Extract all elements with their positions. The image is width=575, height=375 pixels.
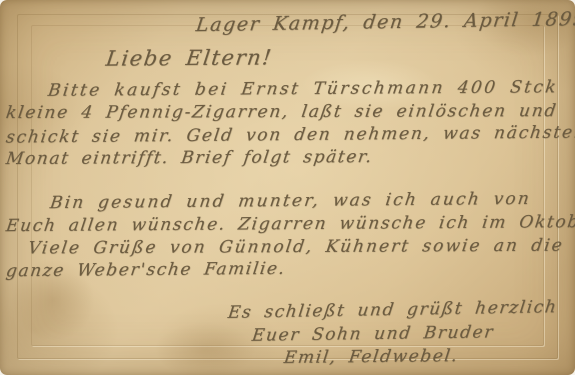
body-line: Bin gesund und munter, was ich auch von — [49, 189, 533, 213]
salutation: Liebe Eltern! — [104, 45, 274, 70]
dateline: Lager Kampf, den 29. April 1899. — [195, 8, 575, 36]
body-line: Euch allen wünsche. Zigarren wünsche ich… — [5, 212, 575, 236]
body-line: Viele Grüße von Günnold, Kühnert sowie a… — [27, 236, 565, 259]
signature-line: Emil, Feldwebel. — [283, 346, 460, 368]
paper-stain — [150, 320, 260, 375]
body-line: kleine 4 Pfennig-Zigarren, laßt sie einl… — [5, 101, 559, 123]
postcard-paper: Lager Kampf, den 29. April 1899. Liebe E… — [0, 0, 575, 375]
body-line: ganze Weber'sche Familie. — [5, 259, 287, 281]
closing-line: Euer Sohn und Bruder — [251, 322, 495, 345]
body-line: Monat eintrifft. Brief folgt später. — [5, 147, 375, 169]
closing-line: Es schließt und grüßt herzlich — [227, 297, 559, 323]
body-line: schickt sie mir. Geld von den nehmen, wa… — [5, 122, 575, 147]
body-line: Bitte kaufst bei Ernst Türschmann 400 St… — [47, 77, 560, 101]
